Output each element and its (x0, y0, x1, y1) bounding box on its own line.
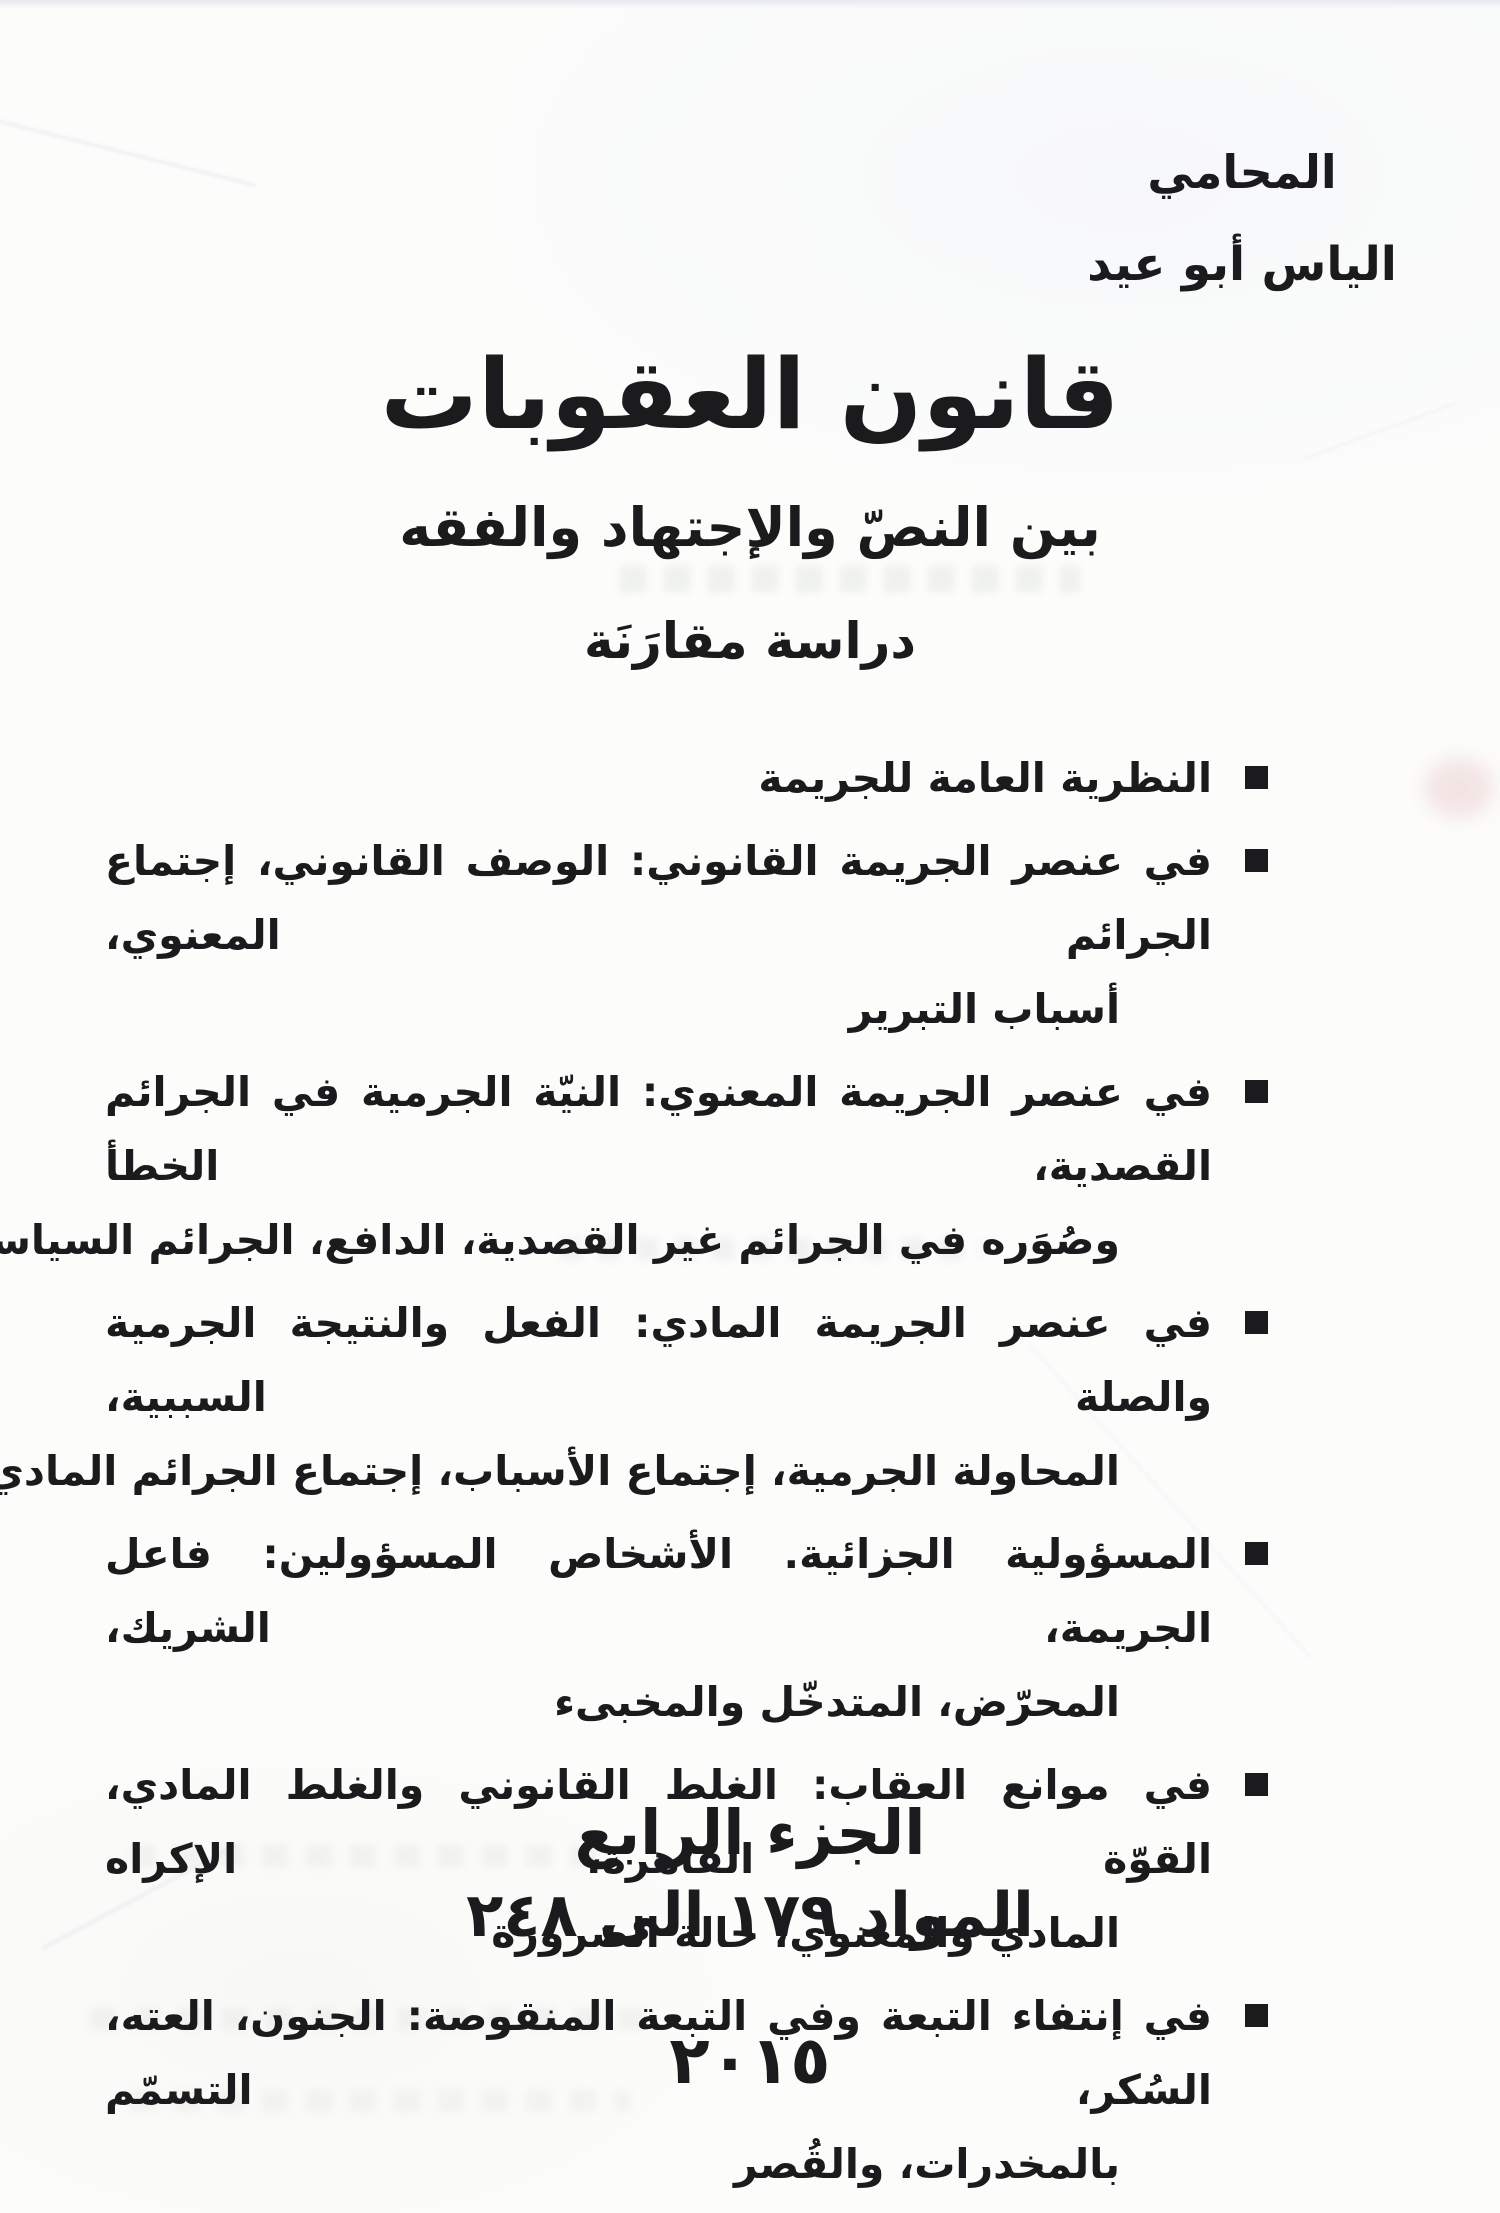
bullet-square-icon (1245, 1773, 1268, 1796)
author-block: المحامي الياس أبو عيد (1072, 148, 1412, 290)
author-honorific: المحامي (1072, 148, 1412, 196)
topic-item: النظرية العامة للجريمة (105, 741, 1268, 815)
topic-line: في عنصر الجريمة القانوني: الوصف القانوني… (105, 824, 1212, 972)
topic-line: النظرية العامة للجريمة (105, 741, 1212, 815)
topic-text: المسؤولية الجزائية. الأشخاص المسؤولين: ف… (105, 1517, 1212, 1739)
bleed-through-artifact (620, 566, 1080, 592)
topic-item: المسؤولية الجزائية. الأشخاص المسؤولين: ف… (105, 1517, 1268, 1739)
publication-year: ٢٠١٥ (0, 2022, 1500, 2099)
book-title: قانون العقوبات (0, 338, 1500, 451)
bullet-square-icon (1245, 1311, 1268, 1334)
study-type-note: دراسة مقارَنَة (0, 612, 1500, 670)
volume-label: الجزء الرابع (0, 1796, 1500, 1869)
ink-smudge-artifact (1424, 758, 1494, 818)
bullet-square-icon (1245, 1080, 1268, 1103)
topic-item: في عنصر الجريمة المادي: الفعل والنتيجة ا… (105, 1286, 1268, 1508)
topic-text: في عنصر الجريمة المادي: الفعل والنتيجة ا… (105, 1286, 1212, 1508)
topic-line: وصُوَره في الجرائم غير القصدية، الدافع، … (105, 1203, 1212, 1277)
author-name: الياس أبو عيد (1072, 240, 1412, 289)
paper-crease-artifact (0, 116, 256, 187)
topic-line: المحاولة الجرمية، إجتماع الأسباب، إجتماع… (105, 1434, 1212, 1508)
topic-text: النظرية العامة للجريمة (105, 741, 1212, 815)
scan-edge-artifact (0, 0, 1500, 9)
topic-line: المحرّض، المتدخّل والمخبىء (105, 1665, 1212, 1739)
topic-line: في عنصر الجريمة المعنوي: النيّة الجرمية … (105, 1055, 1212, 1203)
topic-item: في عنصر الجريمة المعنوي: النيّة الجرمية … (105, 1055, 1268, 1277)
topic-line: المسؤولية الجزائية. الأشخاص المسؤولين: ف… (105, 1517, 1212, 1665)
topic-line: في عنصر الجريمة المادي: الفعل والنتيجة ا… (105, 1286, 1212, 1434)
book-subtitle: بين النصّ والإجتهاد والفقه (0, 496, 1500, 559)
articles-range: المواد ١٧٩ الى ٢٤٨ (0, 1880, 1500, 1951)
topic-line: بالمخدرات، والقُصر (105, 2127, 1212, 2201)
bullet-square-icon (1245, 1542, 1268, 1565)
book-cover-page: المحامي الياس أبو عيد قانون العقوبات بين… (0, 0, 1500, 2213)
topic-item: في عنصر الجريمة القانوني: الوصف القانوني… (105, 824, 1268, 1046)
topic-text: في عنصر الجريمة القانوني: الوصف القانوني… (105, 824, 1212, 1046)
topic-line: أسباب التبرير (105, 972, 1212, 1046)
bullet-square-icon (1245, 766, 1268, 789)
bullet-square-icon (1245, 849, 1268, 872)
topics-list: النظرية العامة للجريمة في عنصر الجريمة ا… (105, 741, 1268, 2210)
topic-text: في عنصر الجريمة المعنوي: النيّة الجرمية … (105, 1055, 1212, 1277)
